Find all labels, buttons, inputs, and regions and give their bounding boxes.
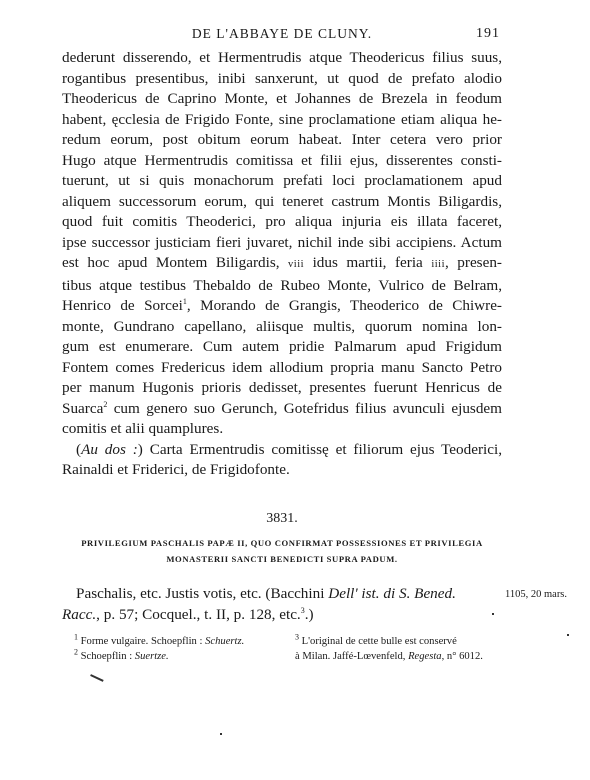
document-page: DE L'ABBAYE DE CLUNY. 191 dederunt disse… (62, 26, 502, 664)
text-line: aliquem successorum eorum, qui teneret c… (62, 192, 502, 213)
scan-artifact-dot (492, 613, 494, 615)
document-heading: PRIVILEGIUM PASCHALIS PAPÆ II, QUO CONFI… (62, 535, 502, 567)
text-line: monte, Gundrano capellano, aliisque mult… (62, 317, 502, 338)
page-number: 191 (476, 26, 500, 42)
footnote-2: 2 Schoepflin : Suertze. (74, 649, 281, 664)
endorsement-label: Au dos : (81, 441, 138, 458)
text-line: Suarca2 cum genero suo Gerunch, Gotefrid… (62, 399, 502, 420)
footnote-1: 1 Forme vulgaire. Schoepflin : Schuertz. (74, 634, 281, 649)
text-line: Henrico de Sorcei1, Morando de Grangis, … (62, 296, 502, 317)
text-line: quod fuit comitis Theoderici, pro aliqua… (62, 212, 502, 233)
text-line: tibus atque testibus Thebaldo de Rubeo M… (62, 276, 502, 297)
text-line-dating: est hoc apud Montem Biligardis, viii idu… (62, 253, 502, 276)
endorsement-line: (Au dos :) Carta Ermentrudis comitissę e… (62, 440, 502, 461)
charter-line-1: Paschalis, etc. Justis votis, etc. (Bacc… (62, 583, 502, 604)
heading-line: PRIVILEGIUM PASCHALIS PAPÆ II, QUO CONFI… (62, 535, 502, 551)
roman-numeral: iiii (431, 259, 445, 270)
heading-line: MONASTERII SANCTI BENEDICTI SUPRA PADUM. (62, 551, 502, 567)
text-line: habent, ęcclesia de Frigido Fonte, sine … (62, 110, 502, 131)
charter-line-2: Racc., p. 57; Cocquel., t. II, p. 128, e… (62, 604, 502, 625)
text-line: Hugo atque Hermentrudis comitissa et fil… (62, 151, 502, 172)
footnote-3: 3 L'original de cette bulle est conservé (295, 634, 502, 649)
footnotes-left-column: 1 Forme vulgaire. Schoepflin : Schuertz.… (62, 634, 281, 664)
text-line: ipse successor justiciam fieri juvaret, … (62, 233, 502, 254)
document-number: 3831. (62, 511, 502, 527)
text-line: per manum Hugonis prioris dedisset, pres… (62, 378, 502, 399)
charter-body-text: dederunt disserendo, et Hermentrudis atq… (62, 48, 502, 481)
endorsement-line: Rainaldi et Friderici, de Frigidofonte. (62, 460, 502, 481)
text-line: gum est enumerare. Cum autem pridie Palm… (62, 337, 502, 358)
footnote-3-continued: à Milan. Jaffé-Lœvenfeld, Regesta, n° 60… (295, 649, 502, 664)
scan-artifact-dot (220, 733, 222, 735)
scan-artifact-mark (90, 674, 103, 681)
footnotes-right-column: 3 L'original de cette bulle est conservé… (281, 634, 502, 664)
charter-summary: Paschalis, etc. Justis votis, etc. (Bacc… (62, 583, 502, 625)
running-head-title: DE L'ABBAYE DE CLUNY. (62, 26, 502, 42)
text-line: tuerunt, ut si quis monachorum prefati l… (62, 171, 502, 192)
text-line: Fontem comes Fredericus idem allodium pr… (62, 358, 502, 379)
text-line: comitis et alii quamplures. (62, 419, 502, 440)
margin-date: 1105, 20 mars. (505, 584, 567, 605)
running-head: DE L'ABBAYE DE CLUNY. 191 (62, 26, 502, 46)
text-line: dederunt disserendo, et Hermentrudis atq… (62, 48, 502, 69)
text-line: redum eorum, post obitum eorum habeat. I… (62, 130, 502, 151)
text-line: Theodericus de Caprino Monte, et Johanne… (62, 89, 502, 110)
text-line: rogantibus presentibus, inibi sanxerunt,… (62, 69, 502, 90)
scan-artifact-dot (567, 634, 569, 636)
footnotes: 1 Forme vulgaire. Schoepflin : Schuertz.… (62, 634, 502, 664)
roman-numeral: viii (288, 259, 304, 270)
